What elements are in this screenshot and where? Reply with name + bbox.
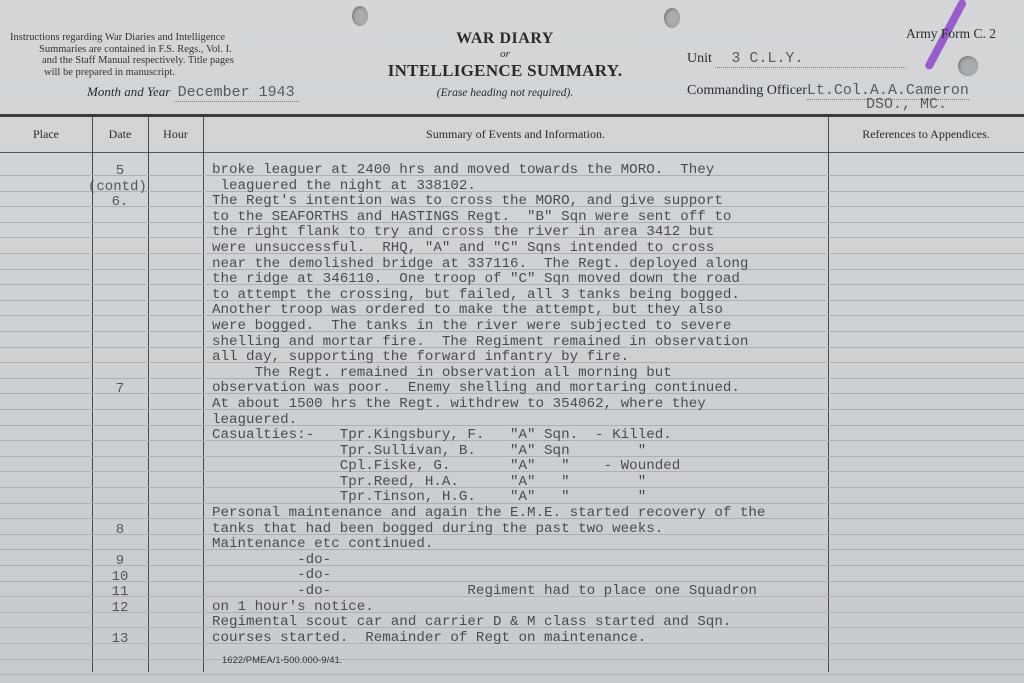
- summary-line: the right flank to try and cross the riv…: [212, 225, 832, 241]
- summary-line: Tpr.Reed, H.A. "A" " ": [212, 475, 832, 491]
- summary-line: Another troop was ordered to make the at…: [212, 303, 832, 319]
- column-header-references: References to Appendices.: [828, 127, 1024, 142]
- summary-line: -do-: [212, 568, 832, 584]
- summary-line: broke leaguer at 2400 hrs and moved towa…: [212, 163, 832, 179]
- table-top-rule: [0, 114, 1024, 117]
- summary-line: Tpr.Tinson, H.G. "A" " ": [212, 490, 832, 506]
- col-divider-hour: [203, 117, 204, 672]
- ruled-line: [0, 674, 1024, 675]
- war-diary-page: Instructions regarding War Diaries and I…: [0, 0, 1024, 683]
- punch-hole-right: [958, 56, 978, 76]
- summary-of-events: broke leaguer at 2400 hrs and moved towa…: [212, 163, 832, 646]
- date-entry: 12: [92, 600, 148, 616]
- date-entry: 7: [92, 381, 148, 397]
- unit-field: Unit 3 C.L.Y.: [687, 50, 906, 68]
- summary-line: Regimental scout car and carrier D & M c…: [212, 615, 832, 631]
- printer-code: 1622/PMEA/1-500.000-9/41.: [222, 655, 342, 666]
- title-war-diary: WAR DIARY: [360, 30, 650, 48]
- summary-line: were unsuccessful. RHQ, "A" and "C" Sqns…: [212, 241, 832, 257]
- ruled-line: [0, 659, 1024, 660]
- header-bottom-rule: [0, 152, 1024, 153]
- date-entry: 13: [92, 631, 148, 647]
- month-year-label: Month and Year: [87, 84, 170, 99]
- summary-line: The Regt's intention was to cross the MO…: [212, 194, 832, 210]
- summary-line: Cpl.Fiske, G. "A" " - Wounded: [212, 459, 832, 475]
- unit-label: Unit: [687, 51, 712, 66]
- summary-line: courses started. Remainder of Regt on ma…: [212, 631, 832, 647]
- date-entry: 6.: [92, 194, 148, 210]
- form-title: WAR DIARY or INTELLIGENCE SUMMARY. (Eras…: [360, 30, 650, 99]
- title-or: or: [360, 48, 650, 60]
- date-entry: 8: [92, 522, 148, 538]
- summary-line: Maintenance etc continued.: [212, 537, 832, 553]
- summary-line: shelling and mortar fire. The Regiment r…: [212, 335, 832, 351]
- summary-line: Personal maintenance and again the E.M.E…: [212, 506, 832, 522]
- summary-line: leaguered.: [212, 413, 832, 429]
- co-value-decorations: DSO., MC.: [866, 96, 947, 113]
- summary-line: -do- Regiment had to place one Squadron: [212, 584, 832, 600]
- column-header-summary: Summary of Events and Information.: [203, 127, 828, 142]
- date-entry: (contd): [88, 179, 168, 195]
- summary-line: all day, supporting the forward infantry…: [212, 350, 832, 366]
- date-entry: 9: [92, 553, 148, 569]
- date-entry: 10: [92, 569, 148, 585]
- title-intelligence-summary: INTELLIGENCE SUMMARY.: [360, 61, 650, 81]
- date-entry: 5: [92, 163, 148, 179]
- summary-line: to attempt the crossing, but failed, all…: [212, 288, 832, 304]
- date-entry: 11: [92, 584, 148, 600]
- column-header-date: Date: [92, 127, 148, 142]
- summary-line: leaguered the night at 338102.: [212, 179, 832, 195]
- title-note: (Erase heading not required).: [360, 87, 650, 99]
- summary-line: the ridge at 346110. One troop of "C" Sq…: [212, 272, 832, 288]
- month-year-field: Month and Year December 1943: [87, 84, 299, 101]
- punch-hole-left: [352, 6, 368, 26]
- army-form-number: Army Form C. 2: [906, 26, 996, 42]
- summary-line: The Regt. remained in observation all mo…: [212, 366, 832, 382]
- summary-line: Tpr.Sullivan, B. "A" Sqn ": [212, 444, 832, 460]
- co-label: Commanding Officer: [687, 83, 807, 98]
- summary-line: At about 1500 hrs the Regt. withdrew to …: [212, 397, 832, 413]
- column-header-place: Place: [0, 127, 92, 142]
- col-divider-date: [148, 117, 149, 672]
- summary-line: on 1 hour's notice.: [212, 600, 832, 616]
- summary-line: to the SEAFORTHS and HASTINGS Regt. "B" …: [212, 210, 832, 226]
- summary-line: near the demolished bridge at 337116. Th…: [212, 257, 832, 273]
- summary-line: Casualties:- Tpr.Kingsbury, F. "A" Sqn. …: [212, 428, 832, 444]
- punch-hole-center: [664, 8, 680, 28]
- summary-line: -do-: [212, 553, 832, 569]
- summary-line: tanks that had been bogged during the pa…: [212, 522, 832, 538]
- month-year-value: December 1943: [174, 84, 299, 102]
- instructions-note: Instructions regarding War Diaries and I…: [10, 32, 310, 78]
- column-header-hour: Hour: [148, 127, 203, 142]
- summary-line: were bogged. The tanks in the river were…: [212, 319, 832, 335]
- unit-value: 3 C.L.Y.: [715, 50, 906, 68]
- summary-line: observation was poor. Enemy shelling and…: [212, 381, 832, 397]
